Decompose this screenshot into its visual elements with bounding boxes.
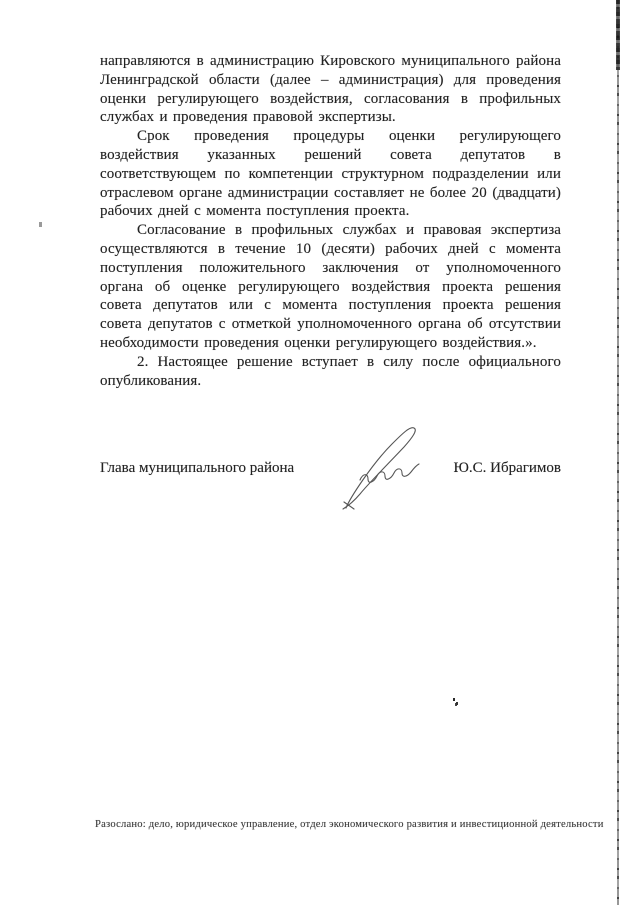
scan-edge-artifact-top [616, 0, 620, 70]
ink-speck [39, 222, 42, 227]
paragraph: Срок проведения процедуры оценки регулир… [100, 127, 561, 221]
signature-name: Ю.С. Ибрагимов [453, 460, 561, 477]
distribution-list: Разослано: дело, юридическое управление,… [95, 819, 575, 830]
scan-edge-artifact [617, 0, 619, 905]
scanned-document-page: направляются в администрацию Кировского … [0, 0, 640, 905]
document-body: направляются в администрацию Кировского … [100, 52, 561, 477]
handwritten-signature-icon [330, 418, 434, 510]
signature-title: Глава муниципального района [100, 460, 294, 477]
ink-speck [453, 698, 455, 701]
paragraph: направляются в администрацию Кировского … [100, 52, 561, 127]
paragraph: 2. Настоящее решение вступает в силу пос… [100, 353, 561, 391]
paragraph: Согласование в профильных службах и прав… [100, 221, 561, 353]
